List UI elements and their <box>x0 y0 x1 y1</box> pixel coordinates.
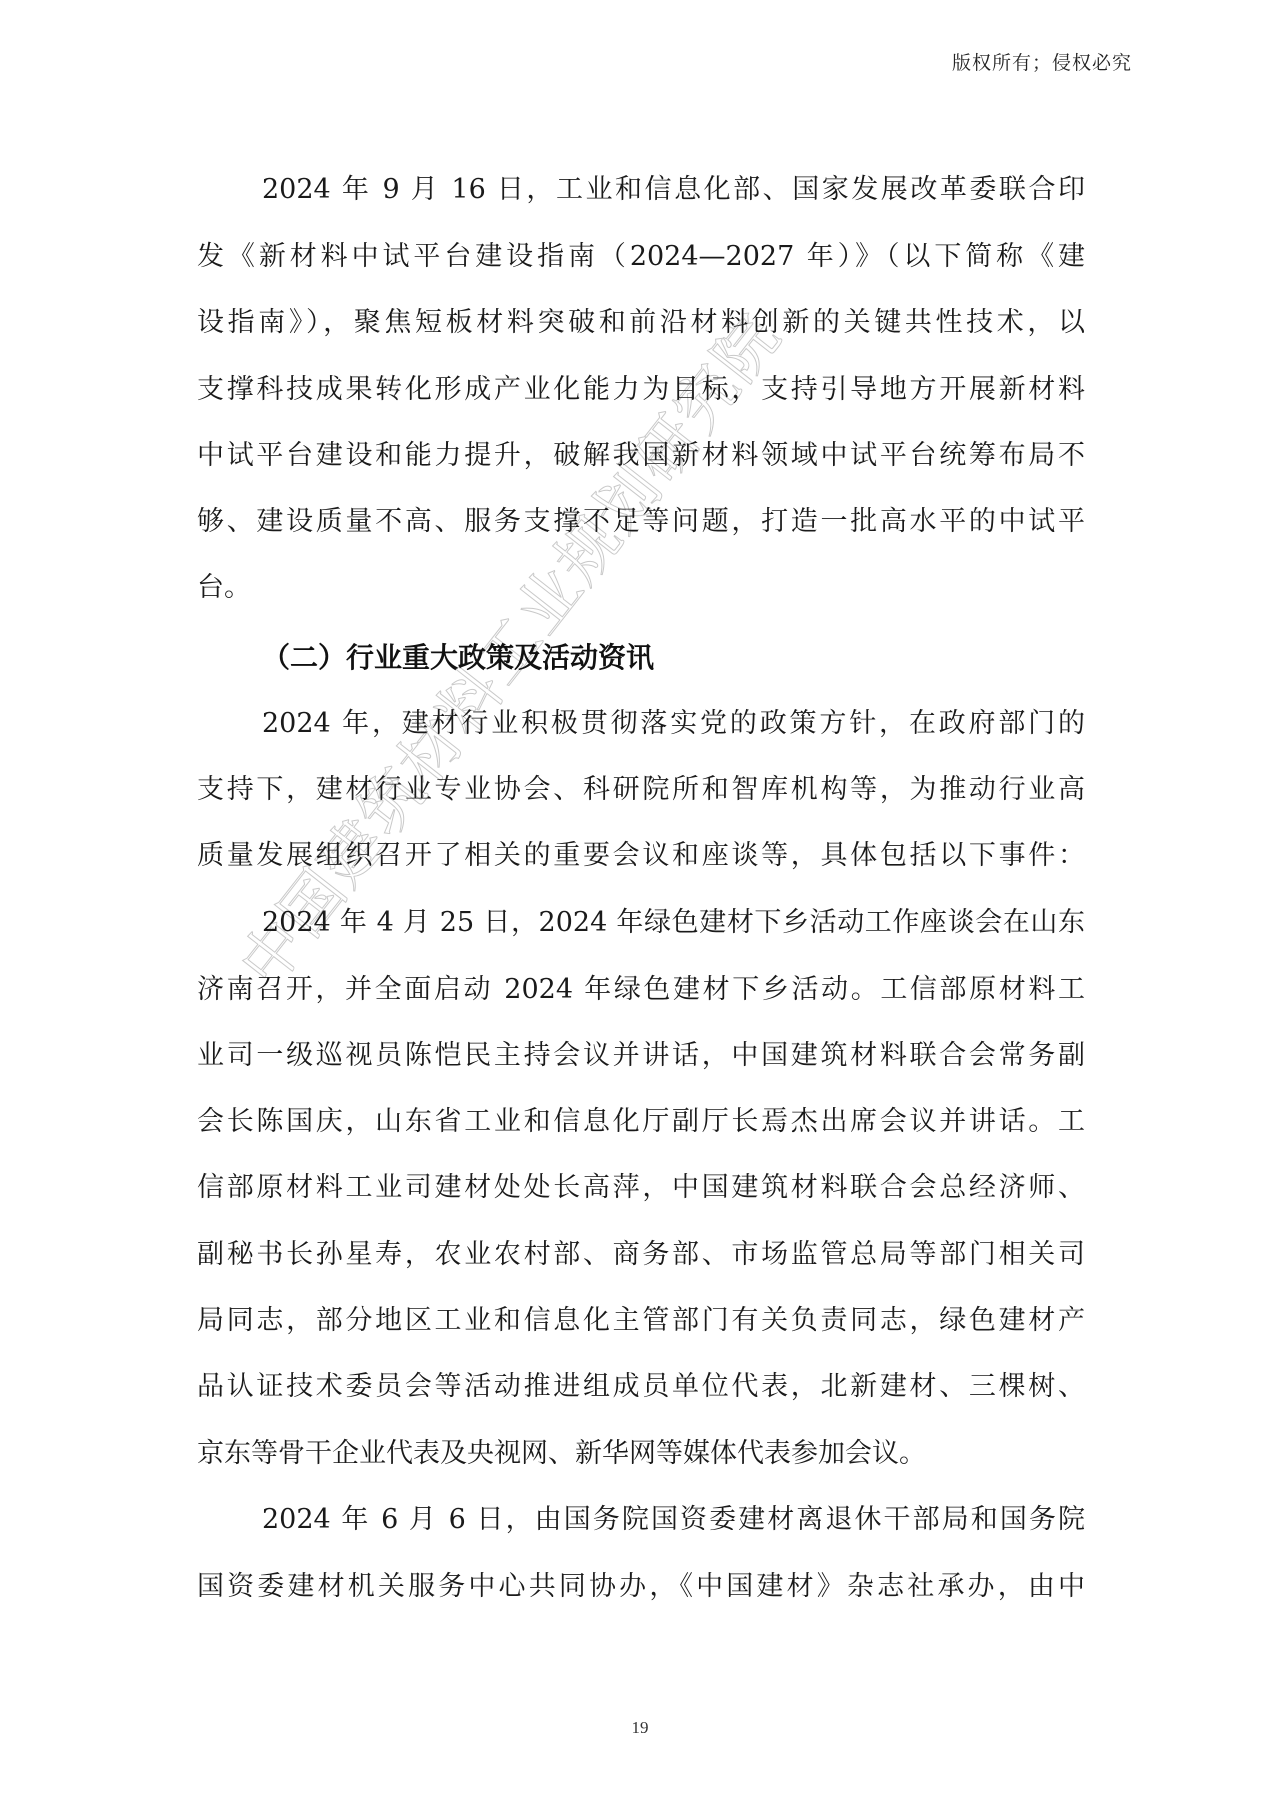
paragraph-line: 品认证技术委员会等活动推进组成员单位代表，北新建材、三棵树、 <box>197 1367 1085 1407</box>
paragraph-line: 京东等骨干企业代表及央视网、新华网等媒体代表参加会议。 <box>197 1434 1085 1474</box>
section-heading: （二）行业重大政策及活动资讯 <box>262 638 654 678</box>
paragraph-line: 支持下，建材行业专业协会、科研院所和智库机构等，为推动行业高 <box>197 770 1085 810</box>
paragraph-line: 副秘书长孙星寿，农业农村部、商务部、市场监管总局等部门相关司 <box>197 1235 1085 1275</box>
paragraph-line: 济南召开，并全面启动 2024 年绿色建材下乡活动。工信部原材料工 <box>197 970 1085 1010</box>
paragraph-line: 中试平台建设和能力提升，破解我国新材料领域中试平台统筹布局不 <box>197 436 1085 476</box>
paragraph-line: 会长陈国庆，山东省工业和信息化厅副厅长焉杰出席会议并讲话。工 <box>197 1102 1085 1142</box>
paragraph-line: 质量发展组织召开了相关的重要会议和座谈等，具体包括以下事件： <box>197 836 1085 876</box>
paragraph-line: 够、建设质量不高、服务支撑不足等问题，打造一批高水平的中试平 <box>197 502 1085 542</box>
paragraph-line: 国资委建材机关服务中心共同协办，《中国建材》杂志社承办，由中 <box>197 1567 1085 1607</box>
paragraph-line: 业司一级巡视员陈恺民主持会议并讲话，中国建筑材料联合会常务副 <box>197 1036 1085 1076</box>
paragraph-line: 2024 年 4 月 25 日，2024 年绿色建材下乡活动工作座谈会在山东 <box>262 903 1085 943</box>
page-number: 19 <box>0 1718 1280 1738</box>
paragraph-line: 支撑科技成果转化形成产业化能力为目标，支持引导地方开展新材料 <box>197 370 1085 410</box>
paragraph-line: 局同志，部分地区工业和信息化主管部门有关负责同志，绿色建材产 <box>197 1301 1085 1341</box>
paragraph-line: 2024 年，建材行业积极贯彻落实党的政策方针，在政府部门的 <box>262 704 1085 744</box>
paragraph-line: 2024 年 9 月 16 日，工业和信息化部、国家发展改革委联合印 <box>262 170 1085 210</box>
paragraph-line: 台。 <box>197 568 1085 608</box>
paragraph-line: 设指南》），聚焦短板材料突破和前沿材料创新的关键共性技术，以 <box>197 303 1085 343</box>
paragraph-line: 2024 年 6 月 6 日，由国务院国资委建材离退休干部局和国务院 <box>262 1500 1085 1540</box>
paragraph-line: 信部原材料工业司建材处处长高萍，中国建筑材料联合会总经济师、 <box>197 1168 1085 1208</box>
copyright-notice: 版权所有；侵权必究 <box>952 48 1132 75</box>
paragraph-line: 发《新材料中试平台建设指南（2024—2027 年）》（以下简称《建 <box>197 237 1085 277</box>
